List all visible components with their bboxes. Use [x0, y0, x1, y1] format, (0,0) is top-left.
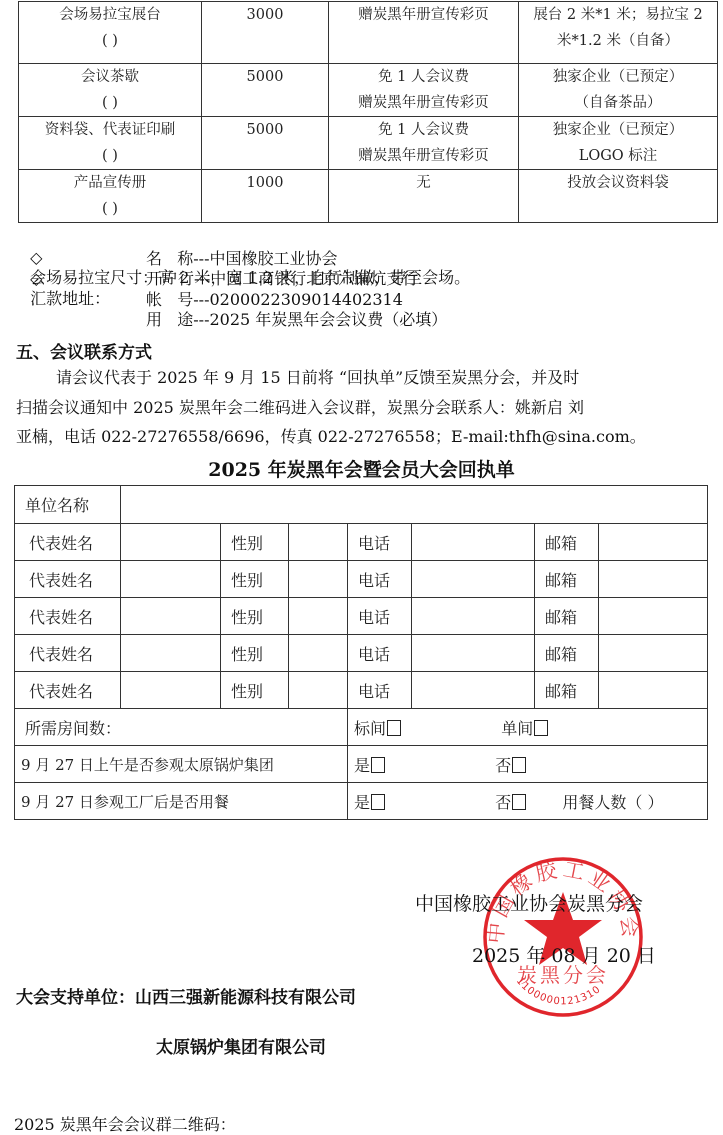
gender-field[interactable]	[289, 672, 348, 709]
meal-yes-label: 是	[354, 793, 370, 812]
item-cell: 产品宣传册( )	[19, 170, 202, 223]
supporters-line: 大会支持单位：山西三强新能源科技有限公司	[16, 983, 356, 1008]
phone-label: 电话	[348, 635, 412, 672]
item-cell: 资料袋、代表证印刷( )	[19, 117, 202, 170]
rep-name-field[interactable]	[121, 561, 221, 598]
gender-label: 性别	[221, 524, 289, 561]
price-cell: 5000	[202, 64, 329, 117]
phone-label: 电话	[348, 598, 412, 635]
benefit-cell: 无	[329, 170, 519, 223]
table-row: 会议茶歇( ) 5000 免 1 人会议费赠炭黑年册宣传彩页 独家企业（已预定）…	[19, 64, 718, 117]
rooms-label: 所需房间数：	[15, 709, 348, 746]
signature-org: 中国橡胶工业协会炭黑分会	[415, 889, 643, 916]
item-name: 会场易拉宝展台	[21, 2, 199, 28]
email-label: 邮箱	[535, 524, 599, 561]
table-row: 资料袋、代表证印刷( ) 5000 免 1 人会议费赠炭黑年册宣传彩页 独家企业…	[19, 117, 718, 170]
benefit-line: 免 1 人会议费	[331, 64, 516, 90]
note-cell: 展台 2 米*1 米；易拉宝 2米*1.2 米（自备）	[519, 2, 718, 64]
phone-label: 电话	[348, 524, 412, 561]
rep-name-label: 代表姓名	[15, 561, 121, 598]
table-row: 代表姓名 性别 电话 邮箱	[15, 598, 708, 635]
remit-line: 名 称---中国橡胶工业协会	[146, 249, 337, 269]
remit-line: 帐 号---0200022309014402314	[146, 290, 403, 310]
phone-field[interactable]	[412, 672, 535, 709]
table-row: 代表姓名 性别 电话 邮箱	[15, 524, 708, 561]
rep-name-field[interactable]	[121, 672, 221, 709]
unit-name-label: 单位名称	[15, 486, 121, 524]
note-line: LOGO 标注	[521, 143, 715, 169]
rep-name-label: 代表姓名	[15, 598, 121, 635]
benefit-cell: 免 1 人会议费赠炭黑年册宣传彩页	[329, 64, 519, 117]
benefit-line: 赠炭黑年册宣传彩页	[331, 2, 516, 28]
visit-yes-checkbox[interactable]	[371, 757, 385, 773]
table-row: 9 月 27 日参观工厂后是否用餐 是 否 用餐人数（ ）	[15, 783, 708, 820]
email-label: 邮箱	[535, 672, 599, 709]
price-cell: 1000	[202, 170, 329, 223]
room-standard-label: 标间	[354, 719, 386, 738]
table-row: 单位名称	[15, 486, 708, 524]
sponsorship-table: 会场易拉宝展台( ) 3000 赠炭黑年册宣传彩页 展台 2 米*1 米；易拉宝…	[18, 1, 718, 223]
email-label: 邮箱	[535, 598, 599, 635]
contact-paragraph-line: 亚楠，电话 022-27276558/6696，传真 022-27276558；…	[16, 423, 723, 451]
visit-no-label: 否	[495, 756, 511, 775]
table-row: 所需房间数： 标间 单间	[15, 709, 708, 746]
visit-options: 是 否	[348, 746, 708, 783]
benefit-cell: 赠炭黑年册宣传彩页	[329, 2, 519, 64]
table-row: 代表姓名 性别 电话 邮箱	[15, 672, 708, 709]
meal-label: 9 月 27 日参观工厂后是否用餐	[15, 783, 348, 820]
remit-label: 汇款地址：	[30, 289, 110, 308]
meal-options: 是 否 用餐人数（ ）	[348, 783, 708, 820]
rep-name-field[interactable]	[121, 635, 221, 672]
contact-heading: 五、会议联系方式	[16, 338, 152, 363]
receipt-form-title: 2025 年炭黑年会暨会员大会回执单	[0, 455, 723, 482]
benefit-line: 赠炭黑年册宣传彩页	[331, 90, 516, 116]
price-cell: 3000	[202, 2, 329, 64]
supporters-label: 大会支持单位：	[16, 988, 135, 1008]
item-name: 产品宣传册	[21, 170, 199, 196]
visit-no-checkbox[interactable]	[512, 757, 526, 773]
benefit-line: 无	[331, 170, 516, 196]
item-mark[interactable]: ( )	[21, 90, 199, 116]
supporter-company: 太原锅炉集团有限公司	[156, 1033, 326, 1058]
room-single-label: 单间	[501, 719, 533, 738]
supporter-company: 山西三强新能源科技有限公司	[135, 988, 356, 1008]
phone-field[interactable]	[412, 524, 535, 561]
email-field[interactable]	[599, 672, 708, 709]
benefit-line: 免 1 人会议费	[331, 117, 516, 143]
note-line: 独家企业（已预定）	[521, 64, 715, 90]
gender-label: 性别	[221, 672, 289, 709]
email-label: 邮箱	[535, 635, 599, 672]
note-line: （自备茶品）	[521, 90, 715, 116]
email-field[interactable]	[599, 598, 708, 635]
rep-name-label: 代表姓名	[15, 524, 121, 561]
rooms-options: 标间 单间	[348, 709, 708, 746]
item-name: 资料袋、代表证印刷	[21, 117, 199, 143]
visit-label: 9 月 27 日上午是否参观太原锅炉集团	[15, 746, 348, 783]
gender-label: 性别	[221, 635, 289, 672]
note-cell: 独家企业（已预定）（自备茶品）	[519, 64, 718, 117]
gender-field[interactable]	[289, 524, 348, 561]
room-single-checkbox[interactable]	[534, 720, 548, 736]
email-field[interactable]	[599, 635, 708, 672]
item-mark[interactable]: ( )	[21, 143, 199, 169]
gender-field[interactable]	[289, 561, 348, 598]
remit-line: 开户行---中国工商银行北京六铺炕支行	[146, 269, 418, 289]
email-label: 邮箱	[535, 561, 599, 598]
contact-paragraph-line: 请会议代表于 2025 年 9 月 15 日前将 “回执单”反馈至炭黑分会，并及…	[56, 364, 716, 392]
receipt-form-table: 单位名称 代表姓名 性别 电话 邮箱 代表姓名 性别 电话 邮箱 代表姓名 性别…	[14, 485, 708, 820]
rep-name-label: 代表姓名	[15, 672, 121, 709]
benefit-cell: 免 1 人会议费赠炭黑年册宣传彩页	[329, 117, 519, 170]
price-cell: 5000	[202, 117, 329, 170]
table-row: 代表姓名 性别 电话 邮箱	[15, 561, 708, 598]
item-name: 会议茶歇	[21, 64, 199, 90]
phone-field[interactable]	[412, 598, 535, 635]
rep-name-field[interactable]	[121, 524, 221, 561]
remit-line: 用 途---2025 年炭黑年会会议费（必填）	[146, 310, 447, 330]
item-cell: 会场易拉宝展台( )	[19, 2, 202, 64]
item-mark[interactable]: ( )	[21, 196, 199, 222]
meal-no-checkbox[interactable]	[512, 794, 526, 810]
gender-label: 性别	[221, 598, 289, 635]
visit-yes-label: 是	[354, 756, 370, 775]
email-field[interactable]	[599, 561, 708, 598]
rep-name-field[interactable]	[121, 598, 221, 635]
note-cell: 投放会议资料袋	[519, 170, 718, 223]
note-line: 展台 2 米*1 米；易拉宝 2	[521, 2, 715, 28]
meal-count-label[interactable]: 用餐人数（ ）	[562, 793, 663, 812]
gender-label: 性别	[221, 561, 289, 598]
gender-field[interactable]	[289, 598, 348, 635]
phone-field[interactable]	[412, 635, 535, 672]
email-field[interactable]	[599, 524, 708, 561]
benefit-line: 赠炭黑年册宣传彩页	[331, 143, 516, 169]
note-cell: 独家企业（已预定）LOGO 标注	[519, 117, 718, 170]
note-line: 米*1.2 米（自备）	[521, 28, 715, 54]
room-standard-checkbox[interactable]	[387, 720, 401, 736]
phone-label: 电话	[348, 561, 412, 598]
diamond-bullet-icon: ◇	[30, 269, 42, 288]
note-line: 独家企业（已预定）	[521, 117, 715, 143]
unit-name-field[interactable]	[121, 486, 708, 524]
remit-note: ◇ 汇款地址：	[20, 249, 110, 309]
meal-yes-checkbox[interactable]	[371, 794, 385, 810]
item-cell: 会议茶歇( )	[19, 64, 202, 117]
meal-no-label: 否	[495, 793, 511, 812]
contact-paragraph-line: 扫描会议通知中 2025 炭黑年会二维码进入会议群，炭黑分会联系人：姚新启 刘	[16, 394, 716, 422]
note-line: 投放会议资料袋	[521, 170, 715, 196]
phone-label: 电话	[348, 672, 412, 709]
phone-field[interactable]	[412, 561, 535, 598]
official-seal-icon: 中国橡胶工业协会 炭黑分会 1100000121310	[482, 856, 644, 1018]
table-row: 会场易拉宝展台( ) 3000 赠炭黑年册宣传彩页 展台 2 米*1 米；易拉宝…	[19, 2, 718, 64]
rep-name-label: 代表姓名	[15, 635, 121, 672]
gender-field[interactable]	[289, 635, 348, 672]
signature-date: 2025 年 08 月 20 日	[472, 941, 656, 968]
table-row: 9 月 27 日上午是否参观太原锅炉集团 是 否	[15, 746, 708, 783]
table-row: 产品宣传册( ) 1000 无 投放会议资料袋	[19, 170, 718, 223]
qr-caption: 2025 炭黑年会会议群二维码：	[14, 1112, 236, 1135]
item-mark[interactable]: ( )	[21, 28, 199, 54]
table-row: 代表姓名 性别 电话 邮箱	[15, 635, 708, 672]
